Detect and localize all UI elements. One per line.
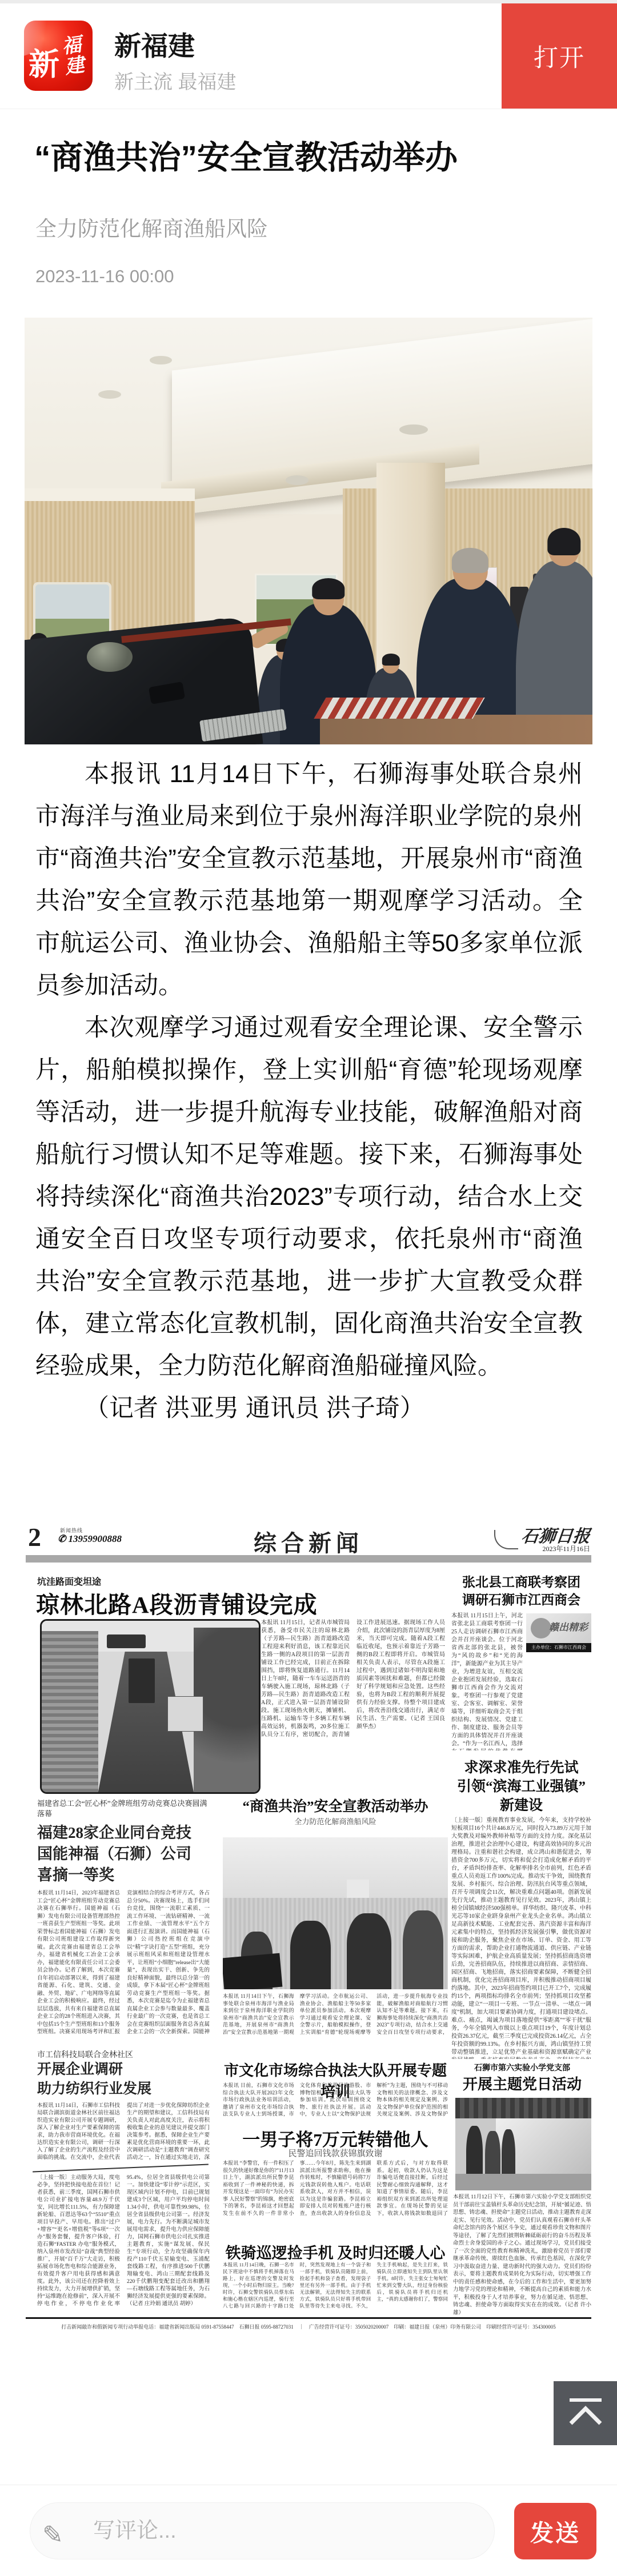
open-app-button[interactable]: 打开 [502, 3, 617, 109]
np-liuxiao-headline: 开展主题党日活动 [453, 2073, 591, 2094]
np-road-headline: 琼林北路A段沥青铺设完成 [36, 1586, 327, 1620]
send-comment-button[interactable]: 发送 [514, 2503, 596, 2559]
np-gongxin-kicker: 市工信科技局联合金林社区 [37, 2049, 133, 2060]
np-jiangxin-kicker: 福建省总工会“匠心杯”金牌班组劳动竞赛总决赛圆满落幕 [37, 1798, 210, 1819]
article-paragraph: 本次观摩学习通过观看安全理论课、安全警示片，船舶模拟操作，登上实训船“育德”轮现… [35, 1007, 583, 1387]
photo-ledge [25, 488, 195, 501]
article-date: 2023-11-16 00:00 [35, 266, 174, 287]
np-binhai-headline: 求深求准先行先试 引领“滨海工业强镇” 新建设 [451, 1758, 591, 1815]
photo-floor-stripe [314, 698, 485, 719]
pencil-icon: ✎ [42, 2521, 63, 2550]
np-tieqi-body: 本报讯 11月14日晚，石狮一名市民下班途中不慎将手机掉落在马路上，好在巡逻的交… [223, 2261, 448, 2313]
np-shangyu-photo [223, 1837, 448, 1989]
app-name: 新福建 [114, 25, 195, 63]
np-continuation-divider [33, 2164, 209, 2173]
photo-downlight [399, 424, 428, 435]
app-tagline: 新主流 最福建 [114, 66, 236, 94]
chevron-up-bar-icon [567, 2397, 604, 2429]
np-shangyu-headline: “商渔共治”安全宣教活动举办 [223, 1795, 448, 1816]
np-liuxiao-kicker: 石狮市第六实验小学党支部 [453, 2062, 591, 2073]
logo-char-main: 新 [29, 40, 59, 84]
np-road-photo [40, 1619, 261, 1794]
photo-downlight [98, 390, 121, 399]
np-gongdian-body: 〔上接一版〕主动服务大局，度电必争，坚持把快接电抢在首位！记者获悉，前三季度，国… [37, 2174, 210, 2313]
article-photo[interactable] [25, 318, 592, 744]
np-footer-rule [26, 2317, 591, 2319]
logo-char-script: 福建 [61, 34, 93, 78]
article-subtitle: 全力防范化解商渔船风险 [35, 211, 550, 242]
comment-bar: ✎ 发送 [0, 2485, 617, 2576]
np-shangyu-subhead: 全力防范化解商渔船风险 [223, 1816, 448, 1826]
np-road-body: 本报讯 11月15日，记者从市城管局获悉，备受市民关注的琼林北路（子芳路—民生路… [261, 1619, 445, 1790]
app-logo-icon: 新 福建 [24, 21, 93, 91]
newspaper-date: 2023年11月16日 [542, 1544, 590, 1553]
np-gongxin-headline: 开展企业调研 助力纺织行业发展 [37, 2060, 210, 2099]
np-footer-text: 打击新闻敲诈和假新闻专项行动举报电话：福建省新闻出版局 0591-8755844… [26, 2323, 591, 2330]
np-logo-caption: 主办单位：石狮市江西商会 [526, 1643, 591, 1652]
np-jiangxin-headline: 福建28家企业同台竞技 国能神福（石狮）公司 喜摘一等奖 [37, 1822, 210, 1886]
np-logo-seal [531, 1618, 551, 1638]
np-zhangbei-logo: 赣出精彩 主办单位：石狮市江西商会 [526, 1613, 591, 1657]
np-zhangbei-headline: 张北县工商联考察团 调研石狮市江西商会 [451, 1573, 591, 1609]
np-binhai-body: 〔上接一版〕重视教育事业发展，今年来，支持学校补短板项目16个共计446.8万元… [451, 1817, 591, 2059]
back-to-top-button[interactable] [554, 2381, 617, 2445]
app-download-banner: 新 福建 新福建 新主流 最福建 打开 [0, 3, 617, 109]
article-body: 本报讯 11月14日下午，石狮海事处联合泉州市海洋与渔业局来到位于泉州海洋职业学… [35, 753, 583, 1429]
photo-downlight [286, 475, 308, 484]
newspaper-divider-bar [26, 1555, 591, 1563]
comment-input[interactable] [30, 2502, 495, 2559]
photo-console-dome [87, 642, 133, 672]
article-title: “商渔共治”安全宣教活动举办 [34, 137, 584, 178]
np-shangyu-body: 本报讯 11月14日下午，石狮海事处联合泉州市海洋与渔业局来到位于泉州海洋职业学… [223, 1993, 448, 2042]
np-tieqi-headline: 铁骑巡逻捡手机 及时归还暖人心 [223, 2241, 448, 2263]
article-byline: （记者 洪亚男 通讯员 洪子琦） [35, 1387, 583, 1429]
np-gongxin-body: 本报讯 11月14日，石狮市工信科技局联合湖滨街道金林社区前往福达织造实业有限公… [37, 2102, 210, 2164]
np-zhuanzhang-subhead: 民警追回钱款获锦旗致谢 [223, 2147, 448, 2159]
np-jiangxin-body: 本报讯 11月14日，2023年福建省总工会“匠心杯”金牌班组劳动竞赛总决赛在石… [37, 1890, 210, 2041]
photo-floor [320, 715, 592, 744]
np-zhuanzhang-body: 本报讯 “李警官，有一件积压了很久的快递好像是你的?”11月13日上午，湖滨派出… [223, 2160, 448, 2224]
np-liuxiao-photo [455, 2098, 591, 2190]
newspaper-scan-image[interactable]: 2 新闻热线 ✆ 13959900888 综合新闻 石狮日报 2023年11月1… [26, 1519, 591, 2335]
np-liuxiao-body: 本报讯 11月12日下午，石狮市第六实验小学党支部组织党员干部前往宝盖镇杆头革命… [453, 2194, 591, 2315]
np-zhangbei-body: 本报讯 11月15日上午，河北省张北县工商联考察团一行25人走访调研石狮市江西商… [451, 1612, 523, 1750]
np-zhangbei-bodywrap: 赣出精彩 主办单位：石狮市江西商会 本报讯 11月15日上午，河北省张北县工商联… [451, 1612, 591, 1750]
article-paragraph: 本报讯 11月14日下午，石狮海事处联合泉州市海洋与渔业局来到位于泉州海洋职业学… [35, 753, 583, 1007]
np-logo-text: 赣出精彩 [549, 1619, 588, 1633]
np-wenhua-body: 本报讯 日前，石狮市文化市场综合执法大队开展2023年文化市场行政执法业务培训活… [223, 2082, 448, 2122]
